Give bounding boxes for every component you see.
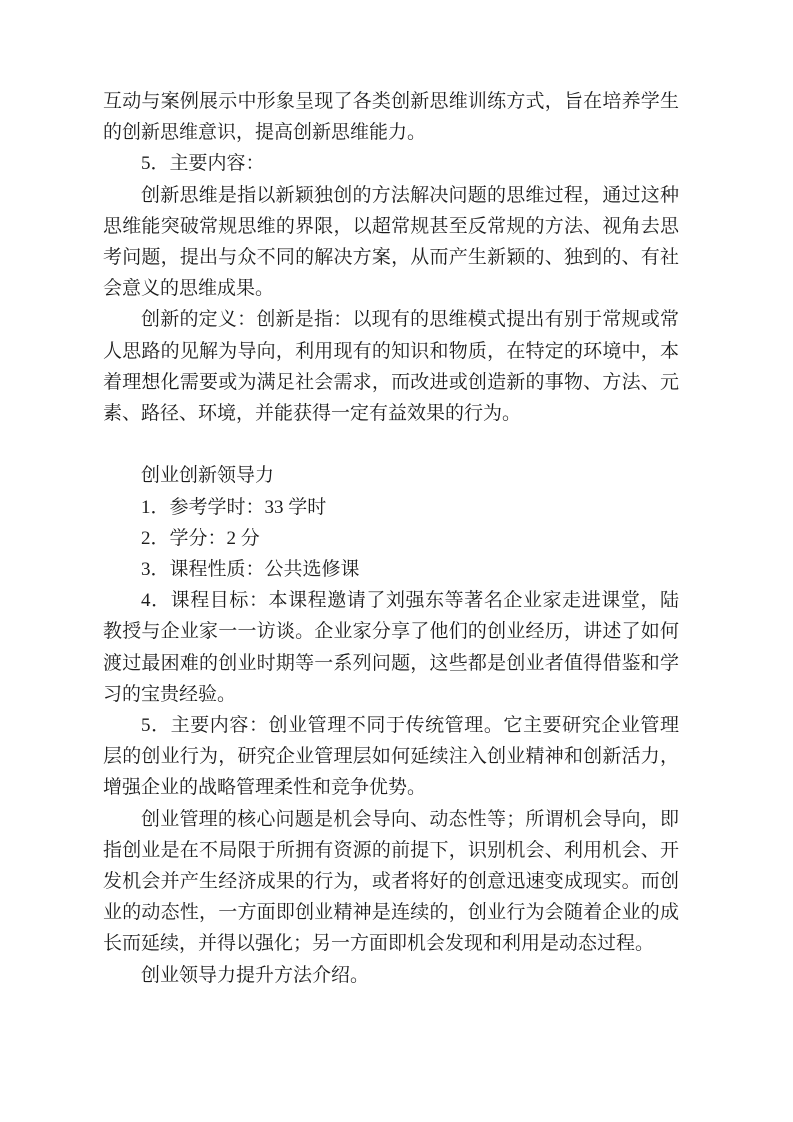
paragraph: 创业创新领导力 [103,460,679,491]
document-page: 互动与案例展示中形象呈现了各类创新思维训练方式，旨在培养学生的创新思维意识，提高… [0,0,793,1122]
paragraph: 3．课程性质：公共选修课 [103,554,679,585]
paragraph: 2．学分：2 分 [103,523,679,554]
paragraph: 创新的定义：创新是指：以现有的思维模式提出有别于常规或常人思路的见解为导向，利用… [103,304,679,429]
paragraph: 5．主要内容： [103,148,679,179]
paragraph: 创新思维是指以新颖独创的方法解决问题的思维过程，通过这种思维能突破常规思维的界限… [103,180,679,305]
document-body: 互动与案例展示中形象呈现了各类创新思维训练方式，旨在培养学生的创新思维意识，提高… [103,86,679,991]
blank-line [103,429,679,460]
paragraph: 4．课程目标：本课程邀请了刘强东等著名企业家走进课堂，陆教授与企业家一一访谈。企… [103,585,679,710]
paragraph: 创业领导力提升方法介绍。 [103,960,679,991]
paragraph: 互动与案例展示中形象呈现了各类创新思维训练方式，旨在培养学生的创新思维意识，提高… [103,86,679,148]
paragraph: 5．主要内容：创业管理不同于传统管理。它主要研究企业管理层的创业行为，研究企业管… [103,710,679,804]
paragraph: 1．参考学时：33 学时 [103,492,679,523]
paragraph: 创业管理的核心问题是机会导向、动态性等；所谓机会导向，即指创业是在不局限于所拥有… [103,804,679,960]
